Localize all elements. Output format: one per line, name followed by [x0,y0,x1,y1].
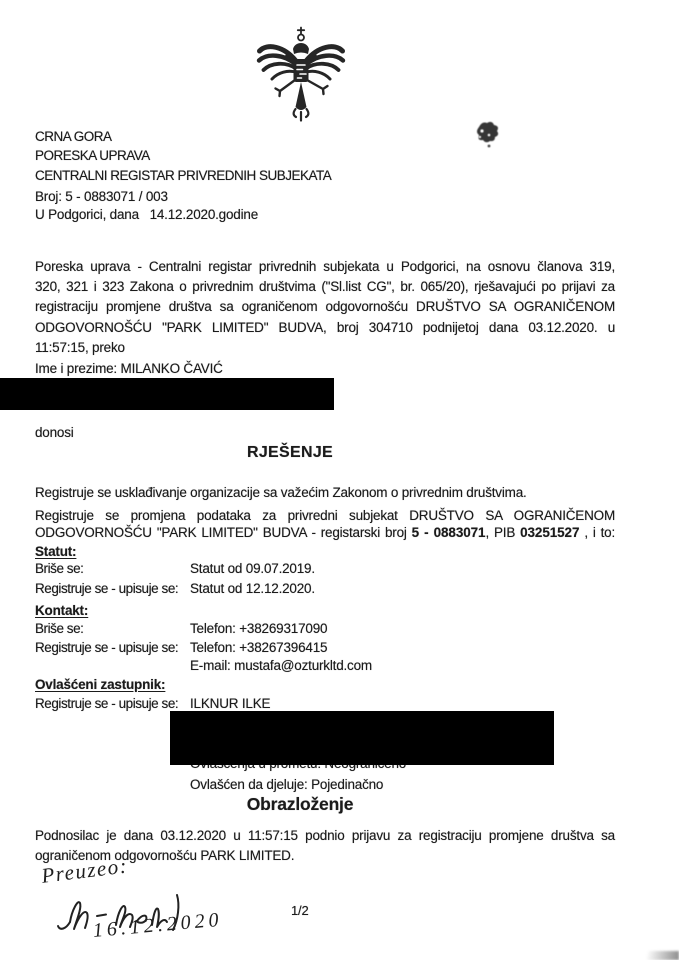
row-value: ILKNUR ILKE [190,696,270,711]
change-line-2-text: , i to: [579,525,615,540]
section-title-statut: Statut: [35,544,76,559]
intro-line: registraciju promjene društva sa ogranič… [35,297,615,317]
action-word: donosi [35,425,74,440]
page-indicator: 1/2 [291,903,308,918]
intro-line: 320, 321 i 323 Zakona o privrednim društ… [35,277,615,297]
scanned-document-page: CRNA GORA PORESKA UPRAVA CENTRALNI REGIS… [0,0,679,960]
ruling-heading: RJEŠENJE [35,444,545,462]
row-label: Registruje se - upisuje se: [35,640,190,655]
scan-corner-shadow [629,951,679,960]
explanation-line: Podnosilac je dana 03.12.2020 u 11:57:15… [35,826,615,846]
ink-smudge-artifact [471,119,501,151]
explanation-heading: Obrazloženje [35,794,565,815]
row-label: Briše se: [35,561,190,576]
acting-line: Ovlašćen da djeluje: Pojedinačno [190,777,383,792]
section-title-kontakt: Kontakt: [35,603,88,618]
place-date-line: U Podgorici, dana 14.12.2020.godine [35,207,258,222]
issuer-header: CRNA GORA PORESKA UPRAVA CENTRALNI REGIS… [35,127,331,185]
redaction-bar-2 [170,711,554,765]
row-value: Telefon: +38269317090 [190,621,327,636]
redaction-bar-1 [0,378,334,410]
intro-paragraph: Poreska uprava - Centralni registar priv… [35,257,615,358]
table-row: Registruje se - upisuje se:Telefon: +382… [35,640,327,655]
row-value: Telefon: +38267396415 [190,640,327,655]
row-label: Registruje se - upisuje se: [35,581,190,596]
row-label: Briše se: [35,621,190,636]
row-value: E-mail: mustafa@ozturkltd.com [190,658,372,673]
submitter-name-line: Ime i prezime: MILANKO ČAVIĆ [35,361,223,376]
section-title-zastupnik: Ovlašćeni zastupnik: [35,677,165,692]
table-row: E-mail: mustafa@ozturkltd.com [35,658,372,673]
table-row: Briše se:Telefon: +38269317090 [35,621,327,636]
table-row: Briše se:Statut od 09.07.2019. [35,561,315,576]
intro-line: Poreska uprava - Centralni registar priv… [35,257,615,277]
change-line-1: Registruje se promjena podataka za privr… [35,506,615,526]
change-line-2: ODGOVORNOŠĆU "PARK LIMITED" BUDVA - regi… [35,525,615,540]
intro-line: ODGOVORNOŠĆU "PARK LIMITED" BUDVA, broj … [35,318,615,338]
change-line-2-text: , PIB [485,525,520,540]
compliance-line: Registruje se usklađivanje organizacije … [35,485,527,500]
country-name: CRNA GORA [35,127,331,146]
change-line-2-text: ODGOVORNOŠĆU "PARK LIMITED" BUDVA - regi… [35,525,412,540]
row-value: Statut od 12.12.2020. [190,581,315,596]
pib-number: 03251527 [520,525,579,540]
intro-line: 11:57:15, preko [35,338,615,358]
coat-of-arms-icon [255,26,347,123]
authority-name: PORESKA UPRAVA [35,146,331,165]
table-row: Registruje se - upisuje se:ILKNUR ILKE [35,696,270,711]
document-number: Broj: 5 - 0883071 / 003 [35,189,168,204]
row-value: Statut od 09.07.2019. [190,561,315,576]
registry-name: CENTRALNI REGISTAR PRIVREDNIH SUBJEKATA [35,166,331,185]
table-row: Registruje se - upisuje se:Statut od 12.… [35,581,315,596]
registry-number: 5 - 0883071 [412,525,486,540]
row-label: Registruje se - upisuje se: [35,696,190,711]
